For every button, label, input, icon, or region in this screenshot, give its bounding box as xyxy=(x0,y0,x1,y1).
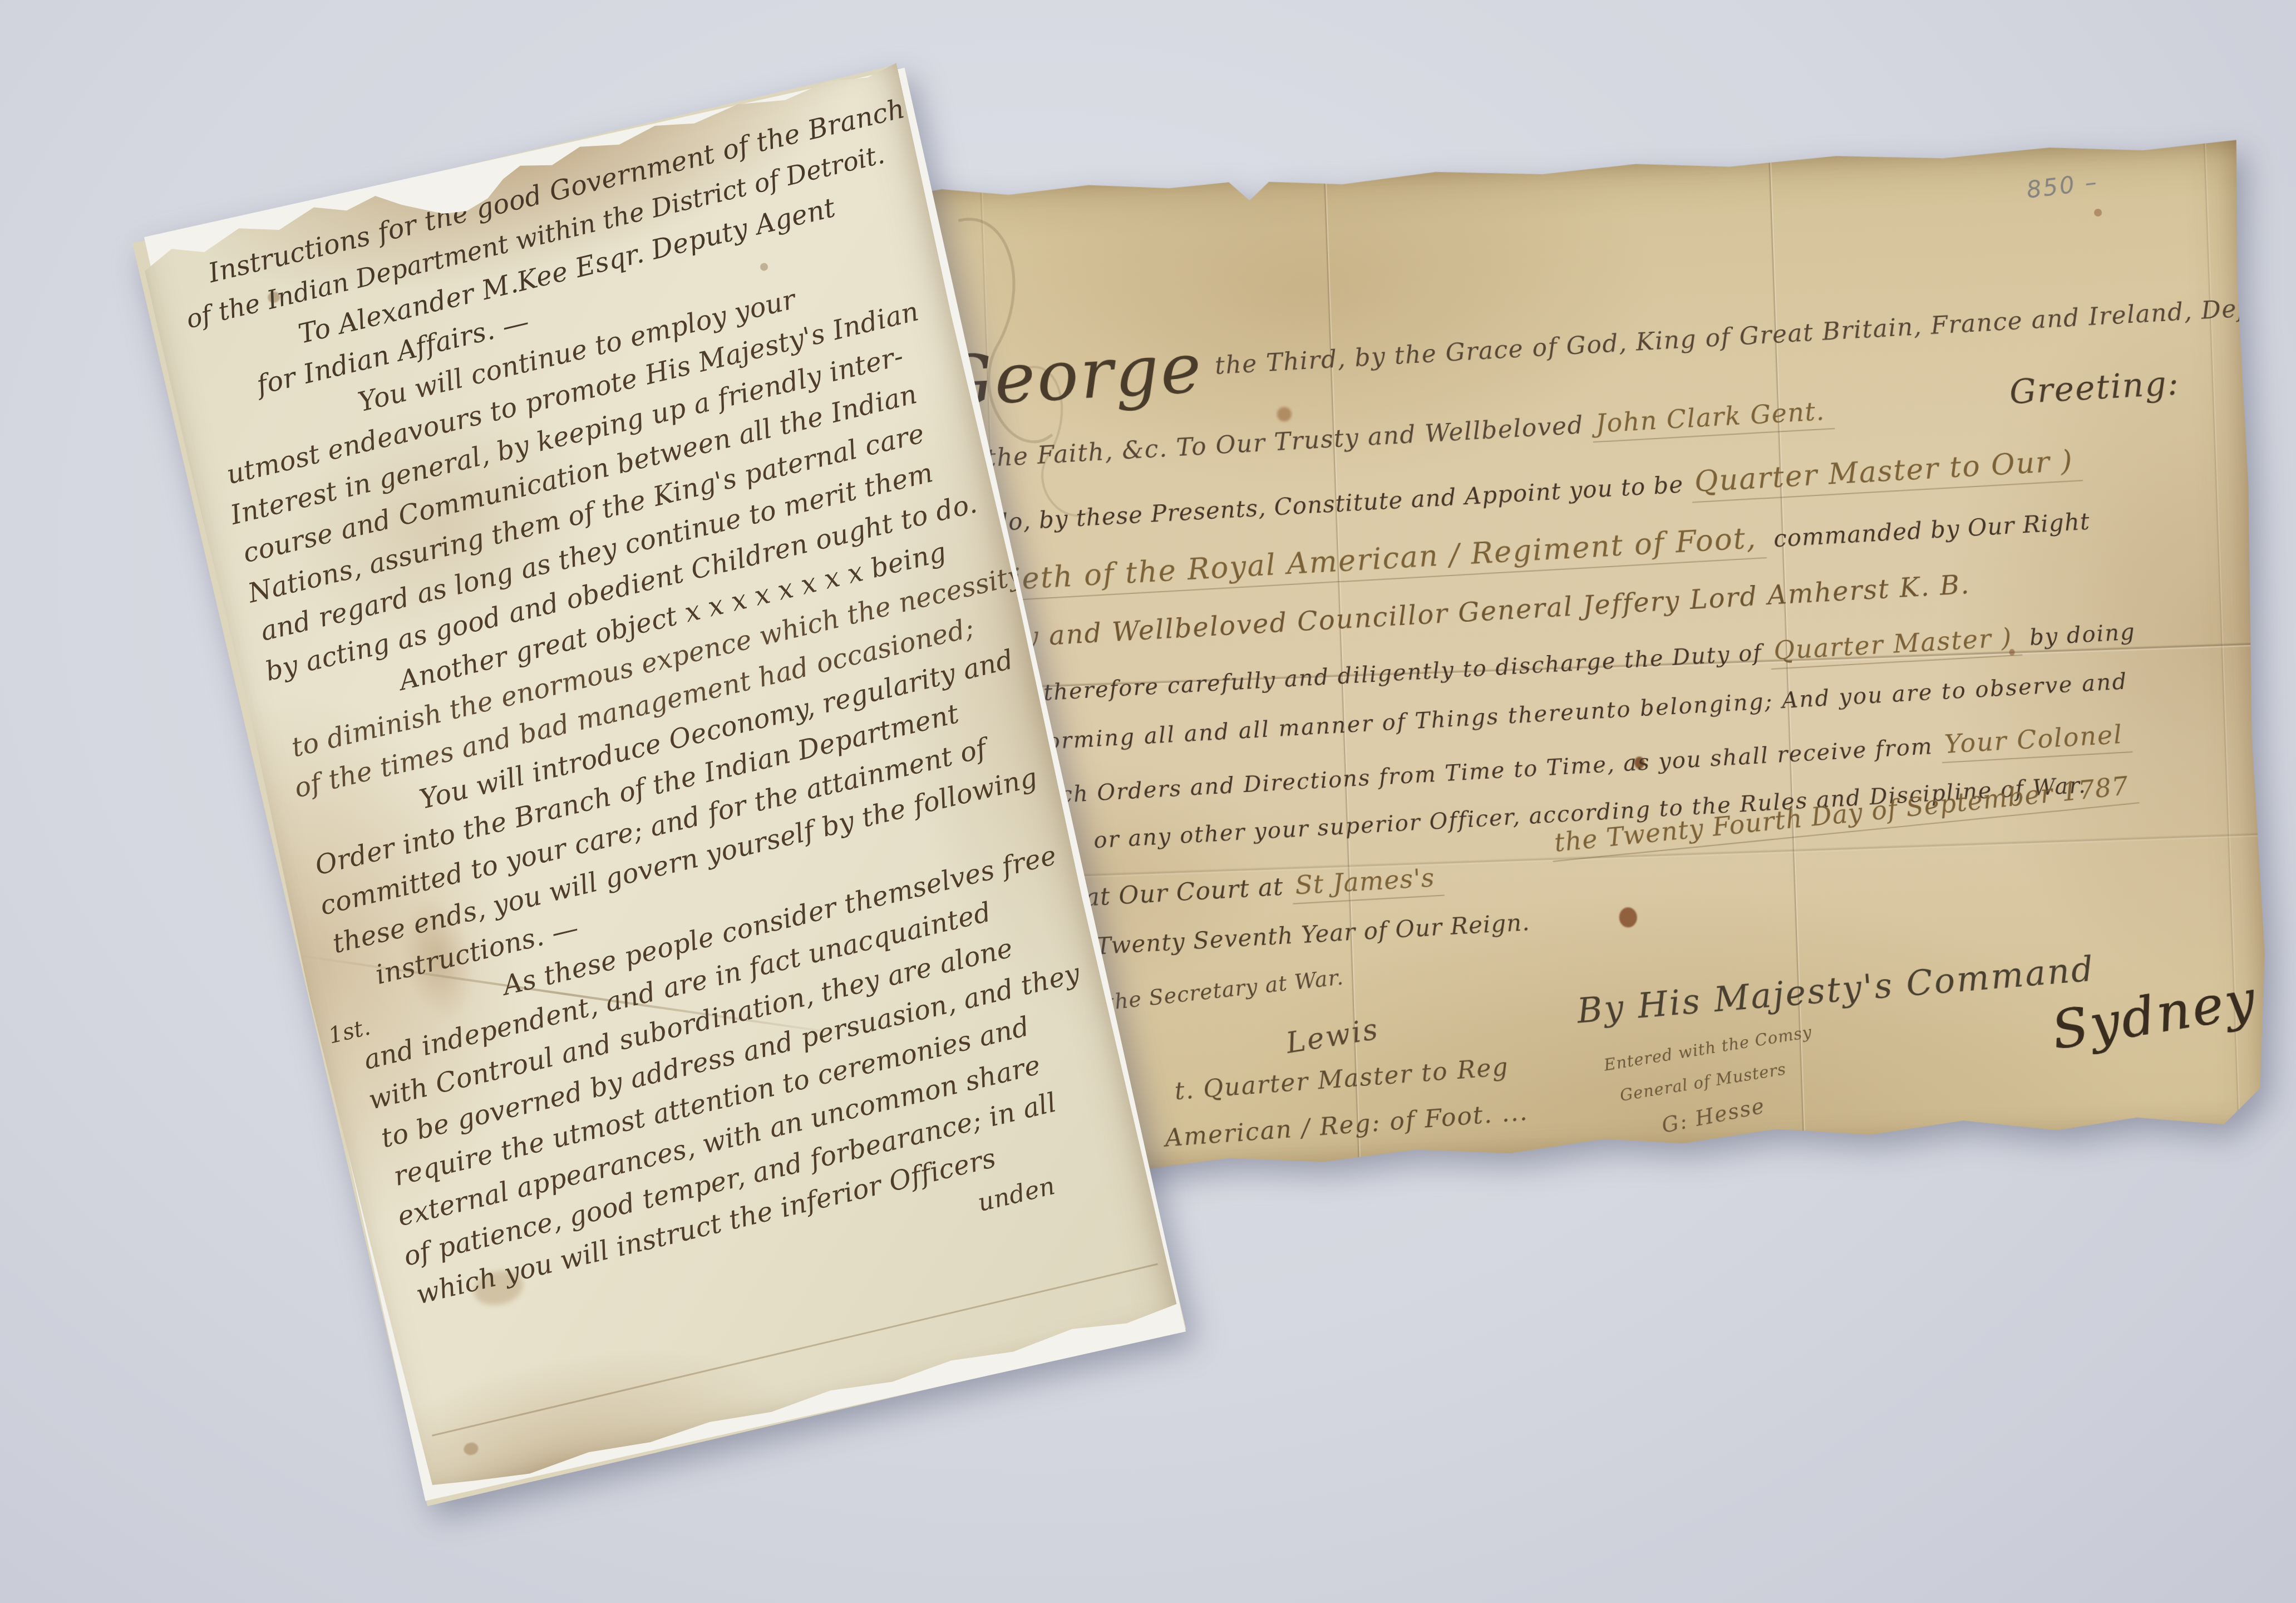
signature-hesse: G: Hesse xyxy=(1659,1093,1767,1138)
filled-in-text: Quarter Master to Our ) xyxy=(1690,444,2083,503)
signature-lewis: Lewis xyxy=(1284,1012,1382,1060)
line-text: We do, by these Presents, Constitute and… xyxy=(947,470,1684,539)
filled-in-text: Your Colonel xyxy=(1940,719,2133,763)
docket-line: t. Quarter Master to Reg xyxy=(1174,1053,1510,1105)
filled-in-place: St James's xyxy=(1291,862,1445,904)
filled-in-name: John Clark Gent. xyxy=(1592,395,1835,442)
docket-line: American / Reg: of Foot. ... xyxy=(1164,1098,1529,1153)
command-line: By His Majesty's Command xyxy=(1575,948,2096,1031)
greeting-word: Greeting: xyxy=(2008,363,2181,412)
secretary-note: th the Secretary at War. xyxy=(1074,965,1345,1018)
filled-in-text: Quarter Master ) xyxy=(1770,622,2022,670)
line-text: commanded by Our Right xyxy=(1773,508,2091,553)
photo-backdrop: { "photo": { "background_color": "#d5d7e… xyxy=(0,0,2296,1603)
line-text: by doing xyxy=(2029,619,2136,651)
catchword: unden xyxy=(975,1172,1058,1217)
line-text: of the Faith, &c. To Our Trusty and Well… xyxy=(951,411,1584,474)
